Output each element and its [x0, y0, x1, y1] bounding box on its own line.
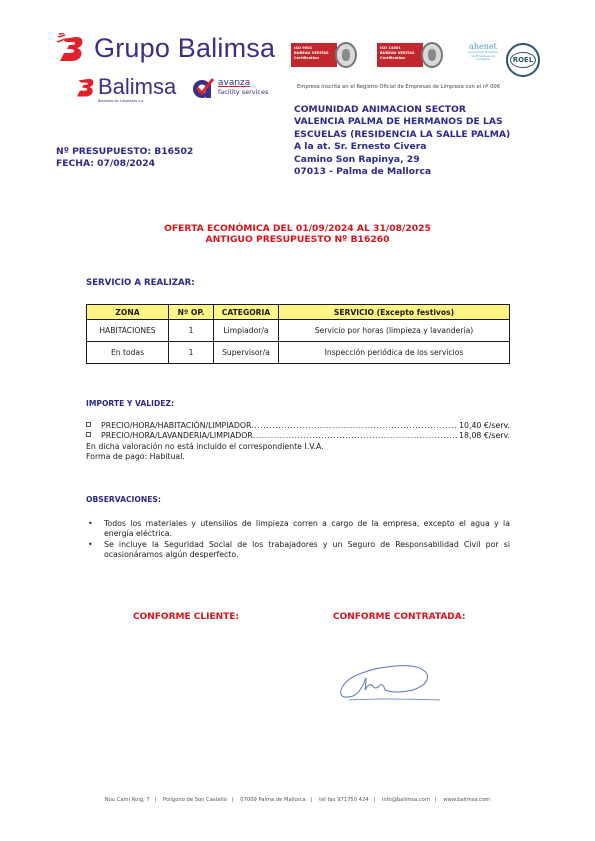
contracted-conformity-label: CONFORME CONTRATADA:	[333, 612, 466, 622]
balimsa-brand-name: Balimsa	[98, 76, 176, 98]
budget-meta: Nº PRESUPUESTO: B16502 FECHA: 07/08/2024	[56, 146, 193, 171]
table-cell: Limpiador/a	[214, 320, 279, 342]
observation-item: Todos los materiales y utensilios de lim…	[86, 519, 510, 540]
price-item: PRECIO/HORA/LAVANDERIA/LIMPIADOR .......…	[86, 431, 510, 441]
offer-heading: OFERTA ECONÓMICA DEL 01/09/2024 AL 31/08…	[0, 223, 595, 245]
footer-address: Nou Camí Roig, 7	[105, 797, 150, 803]
recipient-line: COMUNIDAD ANIMACION SECTOR	[294, 104, 510, 116]
payment-terms: Forma de pago: Habitual.	[86, 452, 510, 462]
roel-logo: ROEL	[506, 43, 540, 77]
table-cell: Inspección periódica de los servicios	[279, 342, 510, 364]
signature-image	[335, 660, 445, 705]
table-cell: 1	[169, 320, 214, 342]
price-label: PRECIO/HORA/HABITACIÓN/LIMPIADOR	[101, 421, 251, 431]
footer: Nou Camí Roig, 7| Polígono de Son Castel…	[0, 797, 595, 803]
grupo-balimsa-logo: Grupo Balimsa	[56, 30, 275, 66]
column-header: SERVICIO (Excepto festivos)	[279, 305, 510, 320]
footer-website[interactable]: www.balimsa.com	[443, 797, 490, 803]
iso-9001-badge: ISO 9001 BUREAU VERITAS Certification	[291, 42, 357, 68]
table-cell: Servicio por horas (limpieza y lavanderí…	[279, 320, 510, 342]
service-section-title: SERVICIO A REALIZAR:	[86, 278, 195, 288]
pricing-list: PRECIO/HORA/HABITACIÓN/LIMPIADOR .......…	[86, 421, 510, 463]
table-header-row: ZONA Nº OP. CATEGORIA SERVICIO (Excepto …	[87, 305, 510, 320]
dot-leader: ........................................…	[253, 431, 457, 441]
recipient-line: VALENCIA PALMA DE HERMANOS DE LAS	[294, 116, 510, 128]
cert-label: Certification	[294, 56, 334, 61]
recipient-line: ESCUELAS (RESIDENCIA LA SALLE PALMA)	[294, 129, 510, 141]
recipient-line: Camino Son Rapinya, 29	[294, 154, 510, 166]
price-label: PRECIO/HORA/LAVANDERIA/LIMPIADOR	[101, 431, 253, 441]
table-cell: HABITACIONES	[87, 320, 169, 342]
balimsa-subtitle: Baleares de Limpiezas s.a.	[98, 99, 145, 103]
avanza-subtitle: facility services	[218, 88, 268, 97]
balimsa-b-small-icon	[74, 76, 96, 98]
avanza-logo: avanza facility services	[191, 76, 268, 100]
bureau-veritas-seal-icon	[335, 42, 357, 68]
dot-leader: ........................................…	[251, 421, 457, 431]
group-brand-name: Grupo Balimsa	[94, 33, 275, 64]
cert-label: Certification	[380, 56, 420, 61]
registry-note: Empresa inscrita en el Registro Oficial …	[297, 84, 500, 90]
vat-note: En dicha valoración no está incluido el …	[86, 442, 510, 452]
footer-city: 07009 Palma de Mallorca	[240, 797, 305, 803]
pricing-section-title: IMPORTE Y VALIDEZ:	[86, 399, 174, 408]
recipient-line: A la at. Sr. Ernesto Civera	[294, 141, 510, 153]
recipient-address: COMUNIDAD ANIMACION SECTOR VALENCIA PALM…	[294, 104, 510, 178]
table-cell: Supervisor/a	[214, 342, 279, 364]
footer-phone: tel fax 971750 424	[319, 797, 368, 803]
iso-14001-badge: ISO 14001 BUREAU VERITAS Certification	[377, 42, 443, 68]
budget-date: FECHA: 07/08/2024	[56, 158, 193, 170]
column-header: CATEGORIA	[214, 305, 279, 320]
square-bullet-icon	[86, 432, 91, 437]
observations-list: Todos los materiales y utensilios de lim…	[86, 519, 510, 560]
avanza-check-icon	[191, 76, 215, 100]
observations-section-title: OBSERVACIONES:	[86, 495, 161, 504]
client-conformity-label: CONFORME CLIENTE:	[133, 612, 239, 622]
square-bullet-icon	[86, 422, 91, 427]
column-header: Nº OP.	[169, 305, 214, 320]
avanza-name: avanza	[218, 79, 268, 88]
column-header: ZONA	[87, 305, 169, 320]
ahenet-subtitle: Asociación Hotelera de Empresas de Limpi…	[468, 51, 498, 62]
table-row: HABITACIONES 1 Limpiador/a Servicio por …	[87, 320, 510, 342]
table-cell: 1	[169, 342, 214, 364]
bureau-veritas-seal-icon	[421, 42, 443, 68]
observation-text: Todos los materiales y utensilios de lim…	[104, 519, 510, 540]
balimsa-b-icon	[56, 33, 86, 63]
price-value: 10,40 €/serv.	[459, 421, 510, 431]
price-value: 18,08 €/serv.	[459, 431, 510, 441]
footer-area: Polígono de Son Castelló	[163, 797, 227, 803]
offer-title: OFERTA ECONÓMICA DEL 01/09/2024 AL 31/08…	[0, 223, 595, 234]
recipient-line: 07013 - Palma de Mallorca	[294, 166, 510, 178]
observation-item: Se incluye la Seguridad Social de los tr…	[86, 540, 510, 561]
balimsa-logo: Balimsa Baleares de Limpiezas s.a.	[74, 76, 176, 98]
table-row: En todas 1 Supervisor/a Inspección perió…	[87, 342, 510, 364]
footer-email[interactable]: info@balimsa.com	[382, 797, 430, 803]
previous-budget: ANTIGUO PRESUPUESTO Nº B16260	[0, 234, 595, 245]
service-table: ZONA Nº OP. CATEGORIA SERVICIO (Excepto …	[86, 304, 510, 364]
ahenet-logo: ahenet Asociación Hotelera de Empresas d…	[468, 42, 498, 62]
table-cell: En todas	[87, 342, 169, 364]
observation-text: Se incluye la Seguridad Social de los tr…	[104, 540, 510, 561]
price-item: PRECIO/HORA/HABITACIÓN/LIMPIADOR .......…	[86, 421, 510, 431]
budget-number: Nº PRESUPUESTO: B16502	[56, 146, 193, 158]
roel-name: ROEL	[510, 52, 536, 68]
